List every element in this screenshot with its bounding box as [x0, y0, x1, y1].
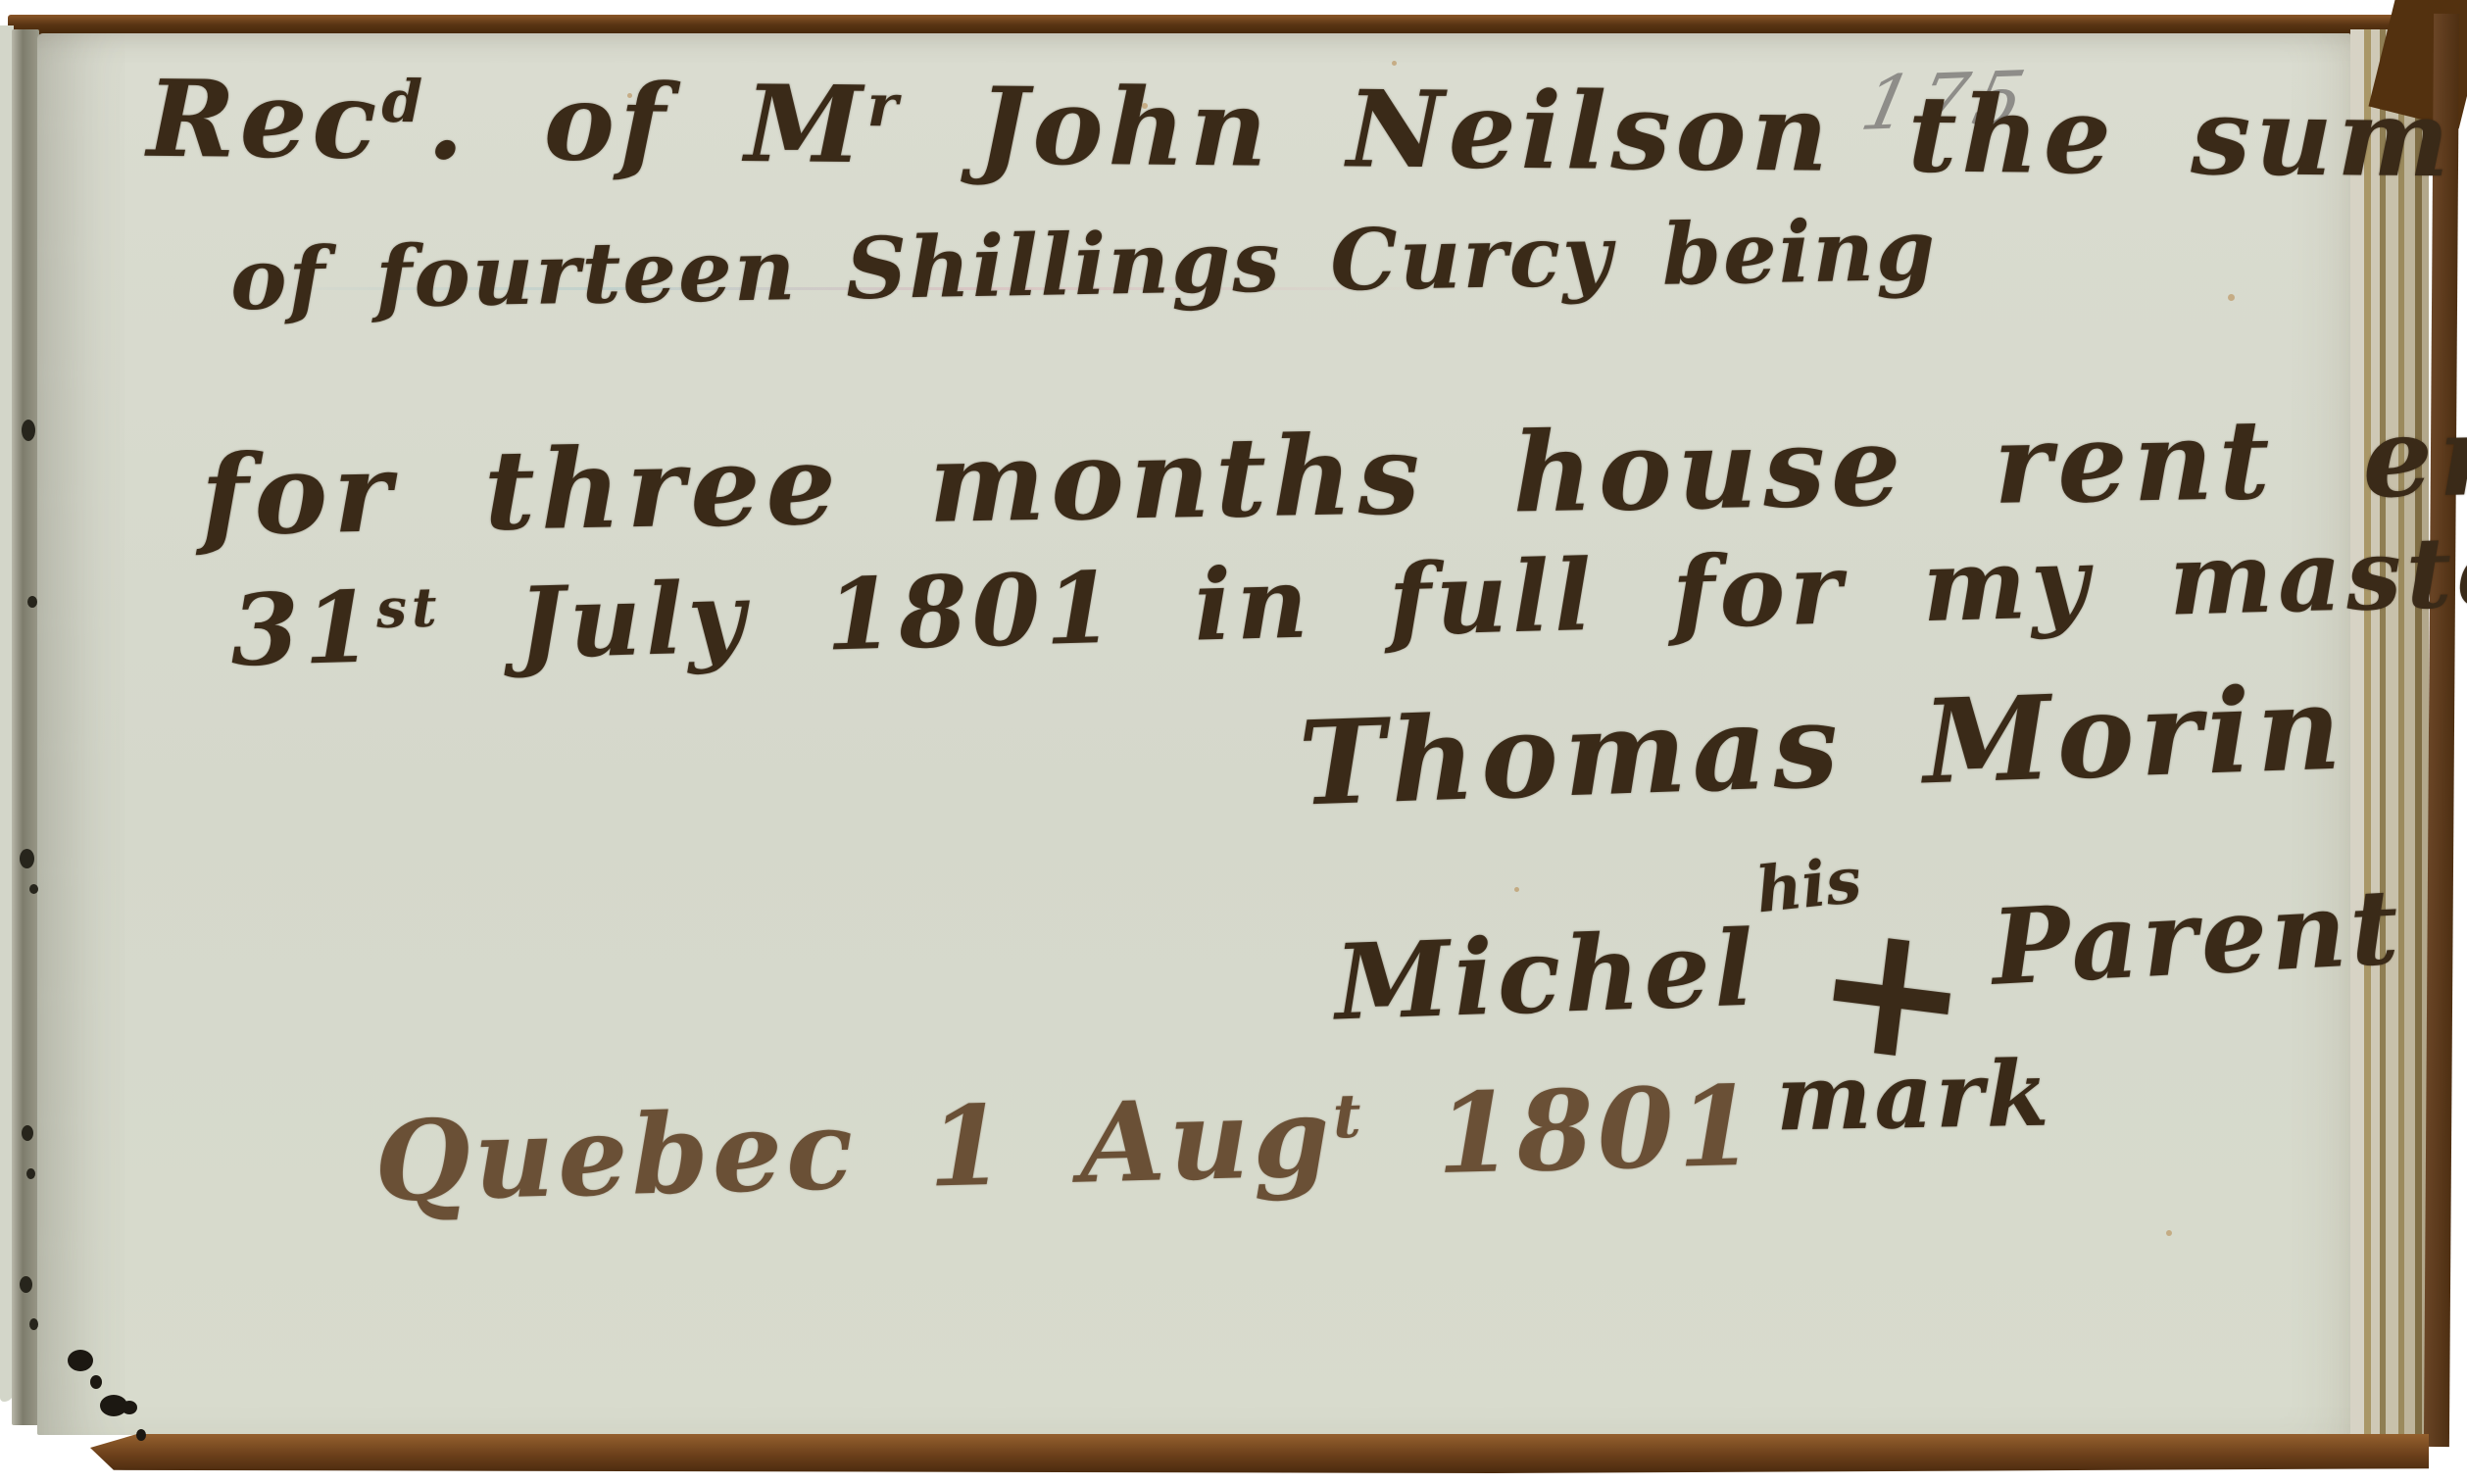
master-signature: Thomas Morin	[1297, 669, 2348, 821]
text-run: John Neilson the sum	[902, 64, 2454, 201]
signer-first-name: Michel	[1333, 916, 1758, 1035]
signer-last-name: Parent	[1990, 874, 2405, 1000]
text-run: Quebec 1 Aug	[373, 1073, 1336, 1227]
binding-gutter	[12, 29, 39, 1425]
text-run: Rec	[146, 58, 381, 183]
book-cover-bottom-edge	[90, 1434, 2429, 1473]
receipt-line-1: Recd. of Mr John Neilson the sum	[147, 67, 2455, 193]
text-run: 31	[229, 569, 378, 688]
superscript: t	[1332, 1080, 1365, 1153]
text-run: . of M	[426, 60, 867, 187]
page-edges-right	[2350, 29, 2429, 1435]
ink-stains-bottom-left	[57, 1345, 184, 1458]
superscript: d	[381, 68, 427, 136]
mark-label-mark: mark	[1775, 1049, 2052, 1144]
text-run: 1801	[1363, 1063, 1759, 1201]
superscript: st	[375, 574, 442, 640]
superscript: r	[866, 72, 903, 140]
photo-canvas: 175 Recd. of Mr John Neilson the sum of …	[0, 0, 2467, 1484]
book-cover-right-edge	[2424, 14, 2459, 1447]
